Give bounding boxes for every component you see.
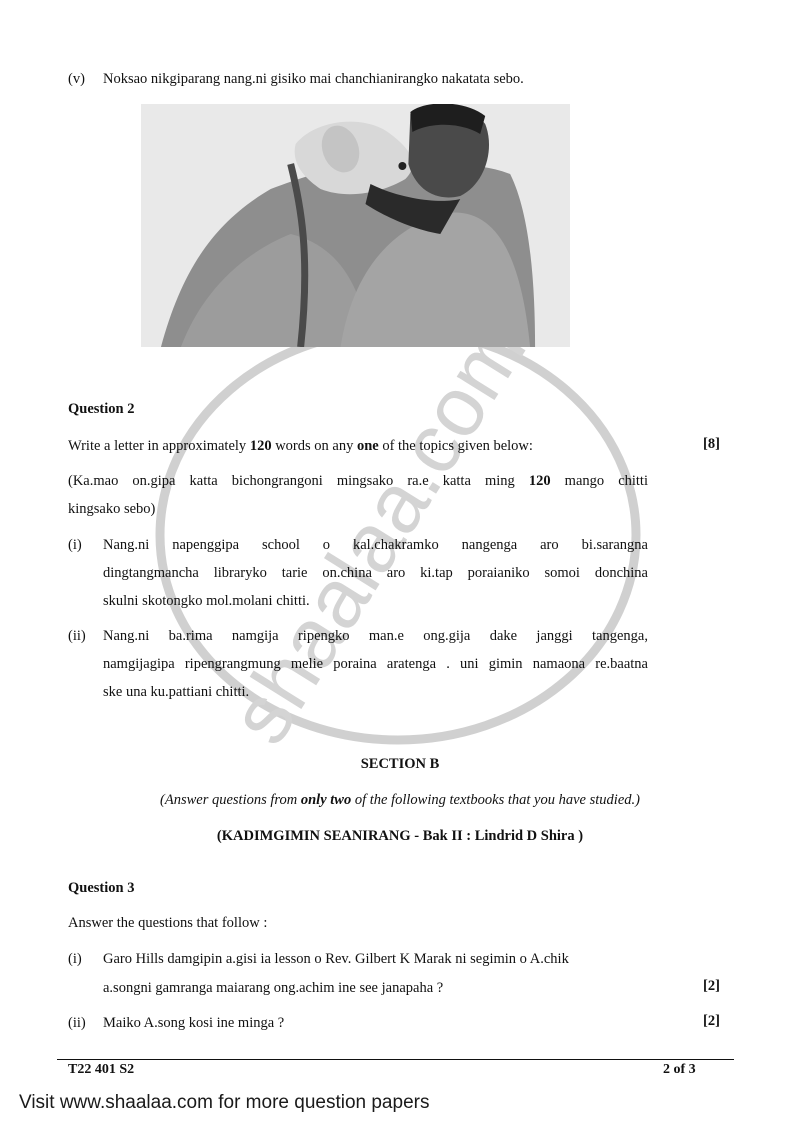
footer-divider (57, 1059, 734, 1060)
option-i-line3: skulni skotongko mol.molani chitti. (103, 591, 310, 611)
section-b-title: SECTION B (0, 754, 800, 774)
question-2-title: Question 2 (68, 399, 134, 419)
q3-part-i-marks: [2] (703, 978, 720, 995)
option-ii-line2: namgijagipa ripengrangmung melie poraina… (103, 654, 648, 674)
part-v-number: (v) (68, 69, 102, 89)
option-ii-line1: Nang.ni ba.rima namgija ripengko man.e o… (103, 626, 648, 646)
question-2-translation-line2: kingsako sebo) (68, 499, 155, 519)
section-b-instruction: (Answer questions from only two of the f… (0, 790, 800, 810)
question-3-title: Question 3 (68, 878, 134, 898)
part-v-text: Noksao nikgiparang nang.ni gisiko mai ch… (103, 69, 524, 89)
question-3-instruction: Answer the questions that follow : (68, 913, 267, 933)
section-b-textbook: (KADIMGIMIN SEANIRANG - Bak II : Lindrid… (0, 826, 800, 846)
question-2-instruction: Write a letter in approximately 120 word… (68, 436, 533, 456)
option-ii-line3: ske una ku.pattiani chitti. (103, 682, 249, 702)
page-number: 2 of 3 (663, 1062, 696, 1078)
option-i-line1: Nang.ni napenggipa school o kal.chakramk… (103, 535, 648, 555)
paper-code: T22 401 S2 (68, 1062, 134, 1078)
option-ii-number: (ii) (68, 626, 102, 646)
photo-man-dog-icon (141, 104, 570, 347)
q3-part-ii-marks: [2] (703, 1013, 720, 1030)
question-2-translation-line1: (Ka.mao on.gipa katta bichongrangoni min… (68, 471, 648, 491)
question-photo (141, 104, 570, 347)
option-i-number: (i) (68, 535, 102, 555)
q3-part-i-line1: Garo Hills damgipin a.gisi ia lesson o R… (103, 949, 569, 969)
promo-link-text[interactable]: Visit www.shaalaa.com for more question … (19, 1092, 429, 1114)
q3-part-ii-line1: Maiko A.song kosi ine minga ? (103, 1013, 284, 1033)
option-i-line2: dingtangmancha libraryko tarie on.china … (103, 563, 648, 583)
q3-part-i-line2: a.songni gamranga maiarang ong.achim ine… (103, 978, 443, 998)
svg-text:shaalaa.com: shaalaa.com (212, 305, 544, 759)
q3-part-i-number: (i) (68, 949, 102, 969)
question-2-marks: [8] (703, 436, 720, 453)
q3-part-ii-number: (ii) (68, 1013, 102, 1033)
